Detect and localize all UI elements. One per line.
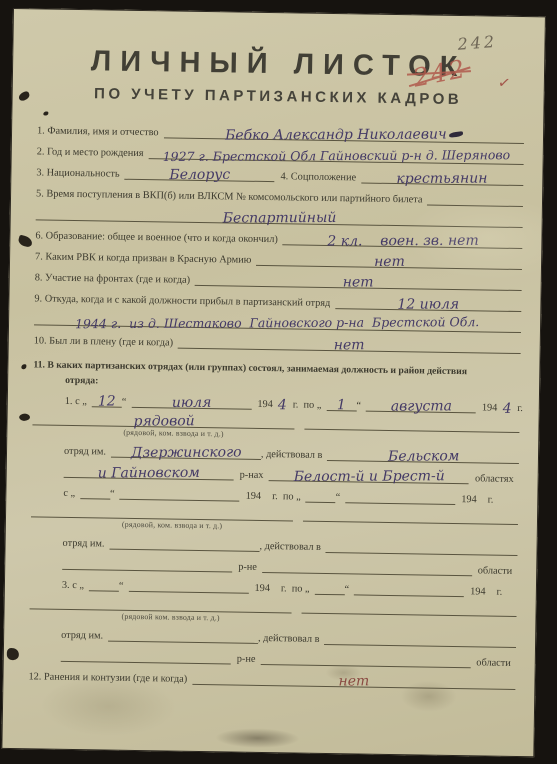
entry2-year-printed: 194: [240, 491, 267, 502]
field-nationality-label: 3. Национальность: [36, 167, 124, 179]
entry2-unit-label: отряд им.: [63, 538, 110, 550]
entry1-unit-label: отряд им.: [64, 446, 111, 458]
entry1-year-digit: 4: [278, 398, 287, 412]
field-captivity-label: 10. Был ли в плену (где и когда): [34, 335, 178, 348]
entry1-unit-value: Дзержинского: [131, 445, 242, 460]
entry1-obl-label: областях: [469, 473, 519, 485]
form-body: 1. Фамилия, имя и отчество Бебко Алексан…: [2, 112, 544, 690]
entry1-to-label: г. по „: [287, 399, 327, 411]
entry3-obl-label: области: [470, 657, 516, 669]
entry2-to-label: г. по „: [266, 491, 306, 503]
entry1-day: 12: [98, 394, 116, 408]
entry1-acted-value: Бельском: [387, 449, 458, 463]
entry2-acted-label: , действовал в: [259, 541, 326, 553]
field-captivity-value: нет: [334, 338, 365, 352]
field-surname-label: 1. Фамилия, имя и отчество: [37, 125, 164, 138]
entry3-to-label: г. по „: [275, 583, 315, 595]
pencil-number: 242: [457, 32, 498, 54]
entry1-role-value: рядовой: [133, 414, 194, 428]
entry3-rne-label: р-не: [231, 654, 261, 665]
field-wounds-value: нет: [338, 674, 369, 688]
entry1-month2: августа: [390, 399, 451, 413]
field-surname-value: Бебко Александр Николаевич: [225, 128, 447, 143]
entry1-year-printed: 194: [251, 399, 278, 410]
entry1-region-value: Белост-й и Брест-й: [293, 469, 444, 484]
entry3-year2-printed: 194: [464, 586, 491, 597]
entry1-rne-label: р-нах: [234, 470, 269, 482]
entry3-quote: “: [119, 581, 129, 592]
paper-hole-mark: [7, 648, 19, 660]
field-party-value: Беспартийный: [222, 211, 336, 226]
entry2-quote: “: [110, 489, 120, 500]
entry1-year2-digit: 4: [502, 402, 511, 416]
document-page: 242 242 ✓ ЛИЧНЫЙ ЛИСТОК ПО УЧЕТУ ПАРТИЗА…: [1, 8, 546, 757]
entry1-year2-g: г.: [511, 403, 528, 414]
field-birth-label: 2. Год и место рождения: [37, 146, 149, 159]
red-checkmark: ✓: [497, 73, 512, 93]
entry3-year-printed: 194: [248, 583, 275, 594]
entry3-prefix: 3. с „: [62, 580, 89, 591]
entry2-obl-label: области: [472, 565, 518, 577]
entry1-year2-printed: 194: [476, 402, 503, 413]
entry1-acted-label: , действовал в: [261, 449, 328, 461]
ink-blot: [448, 131, 463, 138]
field-rvk-value: нет: [374, 255, 405, 269]
field-education-value: 2 кл. воен. зв. нет: [327, 234, 478, 249]
entry1-district-value: и Гайновском: [98, 466, 200, 481]
entry2-year2-g: г.: [482, 494, 499, 505]
entry2-quote2: “: [336, 492, 346, 503]
entry2-year2-printed: 194: [455, 494, 482, 505]
field-social-value: крестьянин: [397, 172, 488, 186]
field-birth-value: 1927 г. Брестской Обл Гайновский р-н д. …: [162, 149, 510, 163]
entry2-rne-label: р-не: [232, 562, 262, 573]
field-wounds-label: 12. Ранения и контузии (где и когда): [28, 671, 192, 685]
field-arrival-value2: 1944 г. из д. Шестаково Гайновского р-на…: [75, 316, 479, 331]
entry3-acted-label: , действовал в: [258, 633, 325, 645]
entry2-prefix: с „: [63, 488, 80, 499]
entry1-quote2: “: [356, 400, 366, 411]
field-social-label: 4. Соцположение: [274, 171, 361, 183]
entry3-quote2: “: [344, 584, 354, 595]
page-subtitle: ПО УЧЕТУ ПАРТИЗАНСКИХ КАДРОВ: [12, 84, 545, 109]
entry1-prefix: 1. с „: [65, 396, 92, 407]
entry3-unit-label: отряд им.: [61, 630, 108, 642]
entry3-year2-g: г.: [490, 587, 507, 598]
entry1-month: июля: [172, 396, 212, 410]
field-nationality-value: Белорус: [169, 168, 230, 182]
entry1-day2: 1: [337, 398, 346, 412]
field-arrival-value1: 12 июля: [397, 297, 459, 311]
section-11-heading-text2: отряда:: [65, 375, 103, 387]
scanned-photo-background: { "marks": { "pencil_number": "242", "re…: [0, 0, 557, 764]
field-fronts-value: нет: [343, 275, 374, 289]
entry1-quote: “: [122, 397, 132, 408]
